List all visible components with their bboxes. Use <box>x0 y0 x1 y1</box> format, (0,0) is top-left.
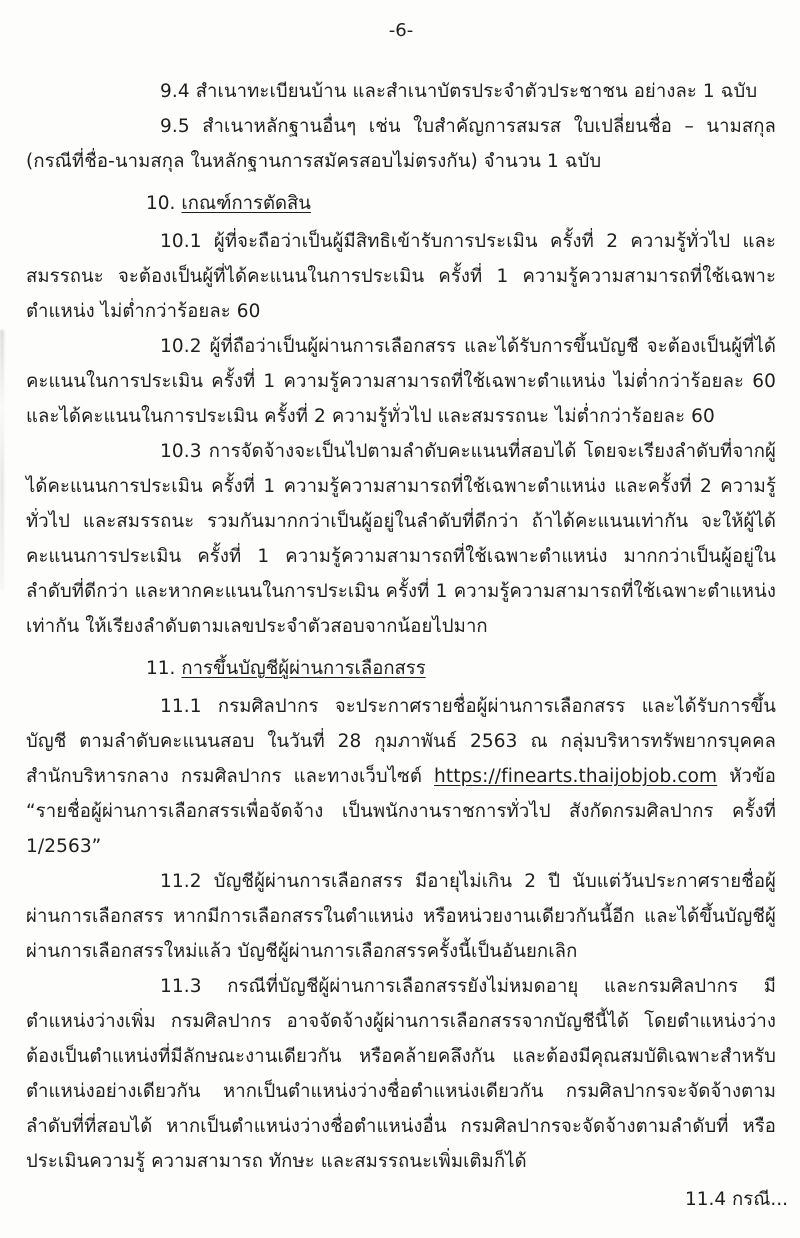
section-10-title: เกณฑ์การตัดสิน <box>181 193 311 214</box>
paragraph-9-5: 9.5 สำเนาหลักฐานอื่นๆ เช่น ใบสำคัญการสมร… <box>26 109 776 179</box>
section-11-number: 11. <box>146 658 175 679</box>
section-11-heading: 11.การขึ้นบัญชีผู้ผ่านการเลือกสรร <box>26 651 776 686</box>
paragraph-11-2: 11.2 บัญชีผู้ผ่านการเลือกสรร มีอายุไม่เก… <box>26 864 776 969</box>
paragraph-10-3: 10.3 การจัดจ้างจะเป็นไปตามลำดับคะแนนที่ส… <box>26 434 776 644</box>
paragraph-10-2: 10.2 ผู้ที่ถือว่าเป็นผู้ผ่านการเลือกสรร … <box>26 329 776 434</box>
continuation-note: 11.4 กรณี... <box>685 1185 788 1214</box>
website-link: https://finearts.thaijobjob.com <box>434 766 717 787</box>
scan-artifact <box>0 330 4 590</box>
paragraph-9-4: 9.4 สำเนาทะเบียนบ้าน และสำเนาบัตรประจำตั… <box>26 74 776 109</box>
page-number: -6- <box>26 16 776 46</box>
section-11-title: การขึ้นบัญชีผู้ผ่านการเลือกสรร <box>181 658 425 679</box>
section-10-number: 10. <box>146 193 175 214</box>
paragraph-11-3: 11.3 กรณีที่บัญชีผู้ผ่านการเลือกสรรยังไม… <box>26 969 776 1179</box>
paragraph-11-1: 11.1 กรมศิลปากร จะประกาศรายชื่อผู้ผ่านกา… <box>26 689 776 864</box>
paragraph-10-1: 10.1 ผู้ที่จะถือว่าเป็นผู้มีสิทธิเข้ารับ… <box>26 224 776 329</box>
section-10-heading: 10.เกณฑ์การตัดสิน <box>26 186 776 221</box>
document-page: -6- 9.4 สำเนาทะเบียนบ้าน และสำเนาบัตรประ… <box>0 0 800 1238</box>
